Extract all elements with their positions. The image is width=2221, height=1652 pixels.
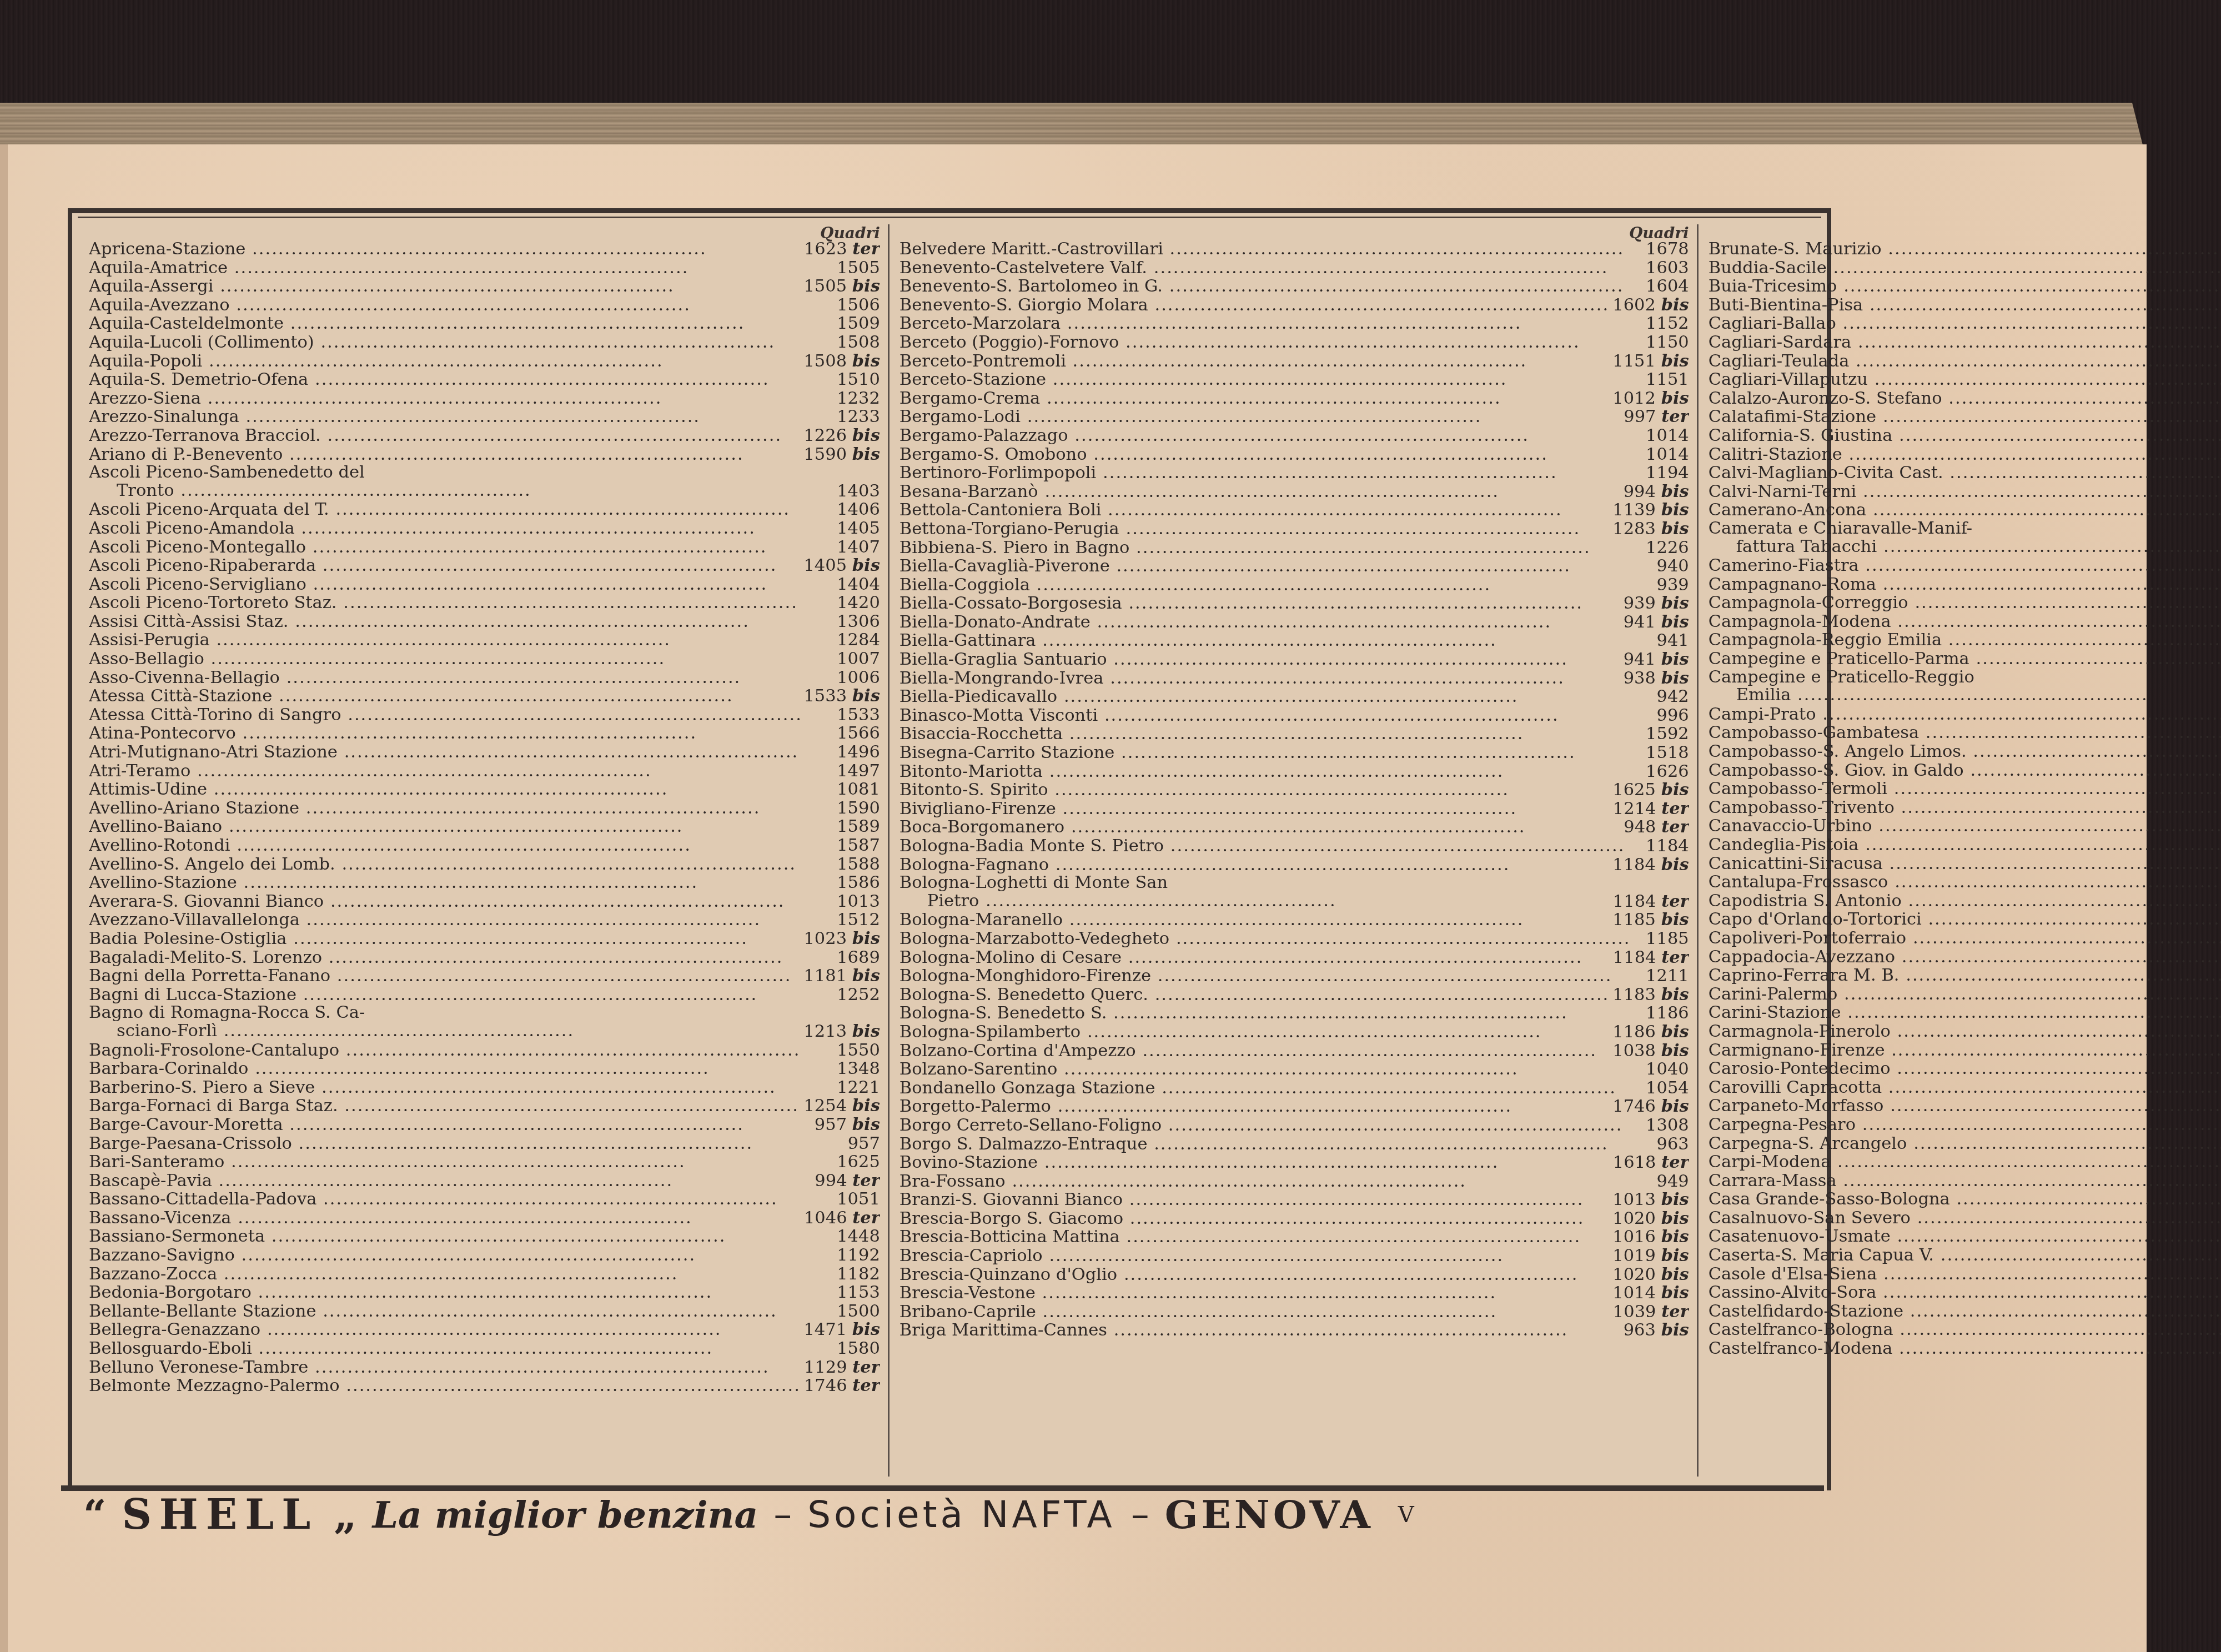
route-name: Berceto-Marzolara xyxy=(900,315,1522,333)
route-name-continued: Tronto xyxy=(117,482,531,501)
route-name: Campobasso-S. Angelo Limos. xyxy=(1709,743,2221,761)
index-entry: Bitonto-S. Spirito1625 bis xyxy=(900,781,1689,800)
route-name: Calvi-Magliano-Civita Cast. xyxy=(1709,464,2221,483)
table-number: 1023 bis xyxy=(800,930,880,948)
index-entry: Calvi-Magliano-Civita Cast.1302 bis xyxy=(1709,464,2221,483)
route-name: Cagliari-Villaputzu xyxy=(1709,371,2221,389)
table-number: 1014 bis xyxy=(1609,1284,1689,1303)
quadro-number: 1506 xyxy=(837,296,880,315)
table-number: 938 bis xyxy=(1620,669,1689,688)
table-number: 1153 xyxy=(833,1283,880,1302)
brand-name: SHELL xyxy=(122,1491,318,1539)
index-entry: Capo d'Orlando-Tortorici1717 xyxy=(1709,910,2221,929)
quadro-number: 1151 xyxy=(1646,370,1689,389)
index-entry: Campobasso-Termoli1538 xyxy=(1709,780,2221,799)
index-entry: Bedonia-Borgotaro1153 xyxy=(89,1283,880,1302)
quadro-suffix: ter xyxy=(852,1172,880,1191)
quadro-suffix: bis xyxy=(1661,483,1689,501)
route-name: Arezzo-Sinalunga xyxy=(89,408,700,426)
route-name: Carmagnola-Pinerolo xyxy=(1709,1023,2221,1041)
route-name: Caprino-Ferrara M. B. xyxy=(1709,967,2221,985)
quadro-suffix: ter xyxy=(1661,818,1689,837)
route-name: Bolzano-Cortina d'Ampezzo xyxy=(900,1042,1597,1061)
quadro-number: 1038 xyxy=(1612,1042,1656,1061)
index-entry: Bergamo-Palazzago1014 xyxy=(900,426,1689,445)
route-name: Bologna-S. Benedetto Querc. xyxy=(900,986,1609,1005)
route-name-continued: fattura Tabacchi xyxy=(1736,538,2221,557)
index-entry: Camerino-Fiastra1353 bis xyxy=(1709,556,2221,575)
index-entry: Ascoli Piceno-Servigliano1404 xyxy=(89,575,880,594)
quadro-suffix: bis xyxy=(1661,1266,1689,1284)
quadro-number: 957 xyxy=(848,1134,880,1153)
route-name: Carmignano-Firenze xyxy=(1709,1042,2221,1060)
index-entry: Avellino-S. Angelo dei Lomb.1588 xyxy=(89,855,880,874)
index-entry: Cagliari-Ballao1774 xyxy=(1709,314,2221,333)
index-entry: Canavaccio-Urbino1338 xyxy=(1709,817,2221,836)
table-number: 1192 xyxy=(833,1246,880,1265)
quadro-number: 948 xyxy=(1624,818,1656,837)
quadro-number: 1232 xyxy=(837,389,880,408)
route-name: Biella-Cavaglià-Piverone xyxy=(900,558,1571,576)
table-number: 1404 xyxy=(833,575,880,594)
quadro-suffix: bis xyxy=(852,687,880,706)
index-entry: Atina-Pontecorvo1566 xyxy=(89,724,880,743)
table-number: 1038 bis xyxy=(1609,1042,1689,1061)
index-entry: Berceto-Pontremoli1151 bis xyxy=(900,352,1689,371)
route-name: Avellino-Baiano xyxy=(89,818,684,836)
index-entry: Bellegra-Genazzano1471 bis xyxy=(89,1320,880,1339)
quadro-number: 939 xyxy=(1657,576,1689,595)
quadro-number: 1678 xyxy=(1646,240,1689,259)
table-number: 1185 xyxy=(1642,930,1689,948)
route-name: Bologna-Fagnano xyxy=(900,856,1510,875)
quadro-suffix: bis xyxy=(1661,352,1689,371)
quadro-number: 1211 xyxy=(1646,967,1689,986)
index-entry: Bovino-Stazione1618 ter xyxy=(900,1153,1689,1172)
quadro-number: 1129 xyxy=(804,1358,847,1377)
entry-line-2: Emilia1160 xyxy=(1709,686,2221,705)
route-name: Asso-Civenna-Bellagio xyxy=(89,669,741,687)
table-number: 1550 xyxy=(833,1041,880,1060)
table-number: 1184 ter xyxy=(1610,948,1689,967)
route-name: Bologna-Spilamberto xyxy=(900,1023,1542,1042)
quadro-suffix: bis xyxy=(852,1320,880,1339)
route-name: Biella-Coggiola xyxy=(900,576,1491,595)
index-entry: Avellino-Rotondi1587 xyxy=(89,836,880,855)
table-number: 1054 xyxy=(1642,1079,1689,1098)
index-entry: Biella-Mongrando-Ivrea938 bis xyxy=(900,669,1689,688)
route-name: Atri-Mutignano-Atri Stazione xyxy=(89,744,798,762)
route-name: Calitri-Stazione xyxy=(1709,446,2221,464)
table-number: 1589 xyxy=(833,817,880,836)
route-name: Avellino-Stazione xyxy=(89,874,698,892)
table-number: 1007 xyxy=(833,650,880,669)
route-name: Campagnola-Reggio Emilia xyxy=(1709,631,2221,650)
route-name: Bassiano-Sermoneta xyxy=(89,1228,726,1246)
table-number: 1566 xyxy=(833,724,880,743)
route-name: Apricena-Stazione xyxy=(89,240,707,259)
index-entry: Carovilli Capracotta1547 xyxy=(1709,1078,2221,1097)
route-name: Bellante-Bellante Stazione xyxy=(89,1303,777,1321)
quadro-number: 1013 xyxy=(837,892,880,911)
route-name: Campagnola-Correggio xyxy=(1709,594,2221,612)
quadro-number: 1182 xyxy=(837,1265,880,1284)
table-number: 1221 xyxy=(833,1078,880,1097)
quadro-number: 1153 xyxy=(837,1283,880,1302)
quadro-number: 1181 xyxy=(803,967,847,986)
route-name: Besana-Barzanò xyxy=(900,483,1499,501)
quadro-suffix: bis xyxy=(852,277,880,296)
page-number: V xyxy=(1398,1502,1414,1528)
route-name: Berceto (Poggio)-Fornovo xyxy=(900,334,1580,352)
table-number: 1626 xyxy=(1642,762,1689,781)
route-name: Brescia-Capriolo xyxy=(900,1247,1504,1266)
table-number: 1602 bis xyxy=(1609,296,1689,315)
index-entry: Campobasso-Gambatesa1541 xyxy=(1709,724,2221,742)
quadro-number: 1226 xyxy=(1646,539,1689,558)
table-number: 1420 xyxy=(833,594,880,612)
table-number: 1603 xyxy=(1642,259,1689,278)
page-binding-edge xyxy=(0,144,8,1652)
quadro-number: 1603 xyxy=(1646,259,1689,278)
entry-line-1: Camerata e Chiaravalle-Manif- xyxy=(1709,520,2221,538)
entry-list: Apricena-Stazione1623 terAquila-Amatrice… xyxy=(89,240,880,1395)
quadro-number: 1512 xyxy=(837,911,880,930)
quadro-number: 941 xyxy=(1624,650,1656,669)
route-name: Campobasso-S. Giov. in Galdo xyxy=(1709,762,2221,780)
index-entry: Buddia-Sacile1066 bis xyxy=(1709,259,2221,278)
route-name: Atri-Teramo xyxy=(89,762,652,781)
table-number: 1625 xyxy=(833,1153,880,1172)
index-entry: Biella-Piedicavallo942 xyxy=(900,687,1689,706)
route-name: Camerano-Ancona xyxy=(1709,501,2221,520)
quadro-number: 1505 xyxy=(803,277,847,296)
index-entry: Bergamo-Crema1012 bis xyxy=(900,389,1689,408)
table-number: 939 bis xyxy=(1620,594,1689,613)
route-name: Bologna-Monghidoro-Firenze xyxy=(900,967,1612,986)
quadro-number: 941 xyxy=(1657,631,1689,650)
quadro-number: 1016 xyxy=(1612,1228,1656,1247)
close-quote: „ xyxy=(334,1491,356,1538)
table-number: 1406 xyxy=(833,500,880,519)
quadro-number: 1014 xyxy=(1646,426,1689,445)
table-number: 1213 bis xyxy=(800,1022,880,1041)
quadro-number: 1590 xyxy=(803,445,847,464)
table-number: 949 xyxy=(1654,1172,1689,1191)
quadro-suffix: ter xyxy=(1661,948,1689,967)
route-name: Carini-Stazione xyxy=(1709,1004,2221,1022)
quadro-number: 1348 xyxy=(837,1060,880,1078)
route-name: Branzi-S. Giovanni Bianco xyxy=(900,1191,1584,1209)
index-entry: Attimis-Udine1081 xyxy=(89,780,880,799)
table-number: 1471 bis xyxy=(800,1320,880,1339)
index-entry: Carini-Stazione1753 xyxy=(1709,1003,2221,1022)
quadro-number: 1006 xyxy=(837,669,880,687)
quadro-number: 1019 xyxy=(1612,1247,1656,1266)
quadro-number: 1625 xyxy=(1612,781,1656,800)
route-name: Aquila-S. Demetrio-Ofena xyxy=(89,371,770,389)
route-name: Bitonto-S. Spirito xyxy=(900,781,1509,800)
index-entry: Camerata e Chiaravalle-Manif-fattura Tab… xyxy=(1709,520,2221,556)
table-number: 1013 bis xyxy=(1609,1191,1689,1209)
table-number: 1006 xyxy=(833,669,880,687)
quadro-suffix: bis xyxy=(1661,1097,1689,1116)
table-number: 1405 bis xyxy=(800,556,880,575)
table-number: 1233 xyxy=(833,408,880,426)
index-entry: Carpegna-Pesaro1341 xyxy=(1709,1116,2221,1134)
index-entry: Assisi Città-Assisi Staz.1306 xyxy=(89,612,880,631)
entry-line-1: Campegine e Praticello-Reggio xyxy=(1709,669,2221,687)
quadro-number: 1139 xyxy=(1612,501,1656,520)
route-name: Barge-Cavour-Moretta xyxy=(89,1116,744,1134)
table-number: 1587 xyxy=(833,836,880,855)
table-number: 1623 ter xyxy=(801,240,880,259)
index-entry: Aquila-S. Demetrio-Ofena1510 xyxy=(89,370,880,389)
quadro-number: 1509 xyxy=(837,314,880,333)
index-entry: Briga Marittima-Cannes963 bis xyxy=(900,1321,1689,1340)
route-name: Benevento-S. Bartolomeo in G. xyxy=(900,278,1624,296)
table-number: 941 bis xyxy=(1620,613,1689,632)
quadro-number: 1746 xyxy=(1612,1097,1656,1116)
index-entry: Calitri-Stazione1594 xyxy=(1709,445,2221,464)
route-name: Ascoli Piceno-Sambenedetto del xyxy=(89,464,365,482)
index-entry: Averara-S. Giovanni Bianco1013 xyxy=(89,892,880,911)
quadro-number: 1508 xyxy=(803,352,847,371)
quadro-suffix: bis xyxy=(852,556,880,575)
route-name-continued: sciano-Forlì xyxy=(117,1022,574,1041)
index-entry: Casole d'Elsa-Siena1237 xyxy=(1709,1265,2221,1284)
index-entry: Barga-Fornaci di Barga Staz.1254 bis xyxy=(89,1097,880,1116)
index-entry: Arezzo-Siena1232 xyxy=(89,389,880,408)
quadro-number: 1185 xyxy=(1612,911,1656,930)
index-entry: Belluno Veronese-Tambre1129 ter xyxy=(89,1358,880,1377)
route-name: Ariano di P.-Benevento xyxy=(89,446,744,464)
route-name: Bologna-Marzabotto-Vedegheto xyxy=(900,930,1631,948)
route-name: Bibbiena-S. Piero in Bagno xyxy=(900,539,1591,558)
route-name: Avellino-Ariano Stazione xyxy=(89,800,760,818)
route-name: Carovilli Capracotta xyxy=(1709,1079,2221,1097)
index-entry: Carrara-Massa1241 xyxy=(1709,1172,2221,1191)
table-number: 1533 bis xyxy=(800,687,880,706)
index-entry: Campegine e Praticello-ReggioEmilia1160 xyxy=(1709,669,2221,705)
quadro-number: 1081 xyxy=(837,780,880,799)
index-entry: Carpegna-S. Arcangelo1334 xyxy=(1709,1134,2221,1153)
route-name: Bovino-Stazione xyxy=(900,1154,1499,1172)
index-entry: Avezzano-Villavallelonga1512 xyxy=(89,911,880,930)
table-number: 1184 bis xyxy=(1609,856,1689,875)
index-entry: Avellino-Ariano Stazione1590 xyxy=(89,799,880,818)
route-name: Campegine e Praticello-Parma xyxy=(1709,650,2221,669)
route-name: Castelfranco-Bologna xyxy=(1709,1321,2221,1339)
index-entry: Bascapè-Pavia994 ter xyxy=(89,1172,880,1191)
quadro-number: 1566 xyxy=(837,724,880,743)
quadro-number: 1448 xyxy=(837,1227,880,1246)
index-entry: Campagnola-Correggio1168 bis xyxy=(1709,594,2221,612)
route-name: Averara-S. Giovanni Bianco xyxy=(89,893,785,911)
quadro-suffix: bis xyxy=(852,1116,880,1134)
route-name: Bra-Fossano xyxy=(900,1173,1466,1191)
table-number: 1182 xyxy=(833,1265,880,1284)
quadro-number: 1508 xyxy=(837,333,880,352)
index-entry: Carpi-Modena1169 xyxy=(1709,1153,2221,1172)
route-name: Bagnoli-Frosolone-Cantalupo xyxy=(89,1042,800,1060)
quadro-number: 1420 xyxy=(837,594,880,612)
quadro-number: 1184 xyxy=(1613,892,1656,911)
route-name: Borgetto-Palermo xyxy=(900,1098,1512,1116)
route-name: Carpi-Modena xyxy=(1709,1153,2221,1172)
index-entry: Badia Polesine-Ostiglia1023 bis xyxy=(89,930,880,948)
index-entry: Biella-Graglia Santuario941 bis xyxy=(900,650,1689,669)
route-name: Bettona-Torgiano-Perugia xyxy=(900,520,1580,539)
route-name: Carpegna-Pesaro xyxy=(1709,1116,2221,1134)
index-entry: Carmignano-Firenze1197 bis xyxy=(1709,1041,2221,1060)
quadro-number: 949 xyxy=(1657,1172,1689,1191)
quadro-suffix: bis xyxy=(1661,389,1689,408)
route-name: Campi-Prato xyxy=(1709,706,2221,724)
route-name: Cantalupa-Frossasco xyxy=(1709,873,2221,892)
index-entry: Bologna-Monghidoro-Firenze1211 xyxy=(900,967,1689,986)
index-entry: Bitonto-Mariotta1626 xyxy=(900,762,1689,781)
quadro-suffix: bis xyxy=(1661,1209,1689,1228)
route-name: Bologna-Maranello xyxy=(900,911,1524,930)
index-entry: Bolzano-Cortina d'Ampezzo1038 bis xyxy=(900,1042,1689,1061)
route-name: Ascoli Piceno-Montegallo xyxy=(89,539,767,557)
table-number: 963 xyxy=(1654,1135,1689,1154)
route-name: Casole d'Elsa-Siena xyxy=(1709,1266,2221,1284)
quadro-number: 941 xyxy=(1624,613,1656,632)
quadro-number: 1405 xyxy=(803,556,847,575)
table-number: 941 xyxy=(1654,631,1689,650)
route-name: Avellino-S. Angelo dei Lomb. xyxy=(89,856,796,874)
index-entry: Bolzano-Sarentino1040 xyxy=(900,1060,1689,1079)
index-entry: Campagnano-Roma1435 bis xyxy=(1709,575,2221,594)
index-entry: Camerano-Ancona1354 xyxy=(1709,501,2221,520)
route-name: Bagno di Romagna-Rocca S. Ca- xyxy=(89,1004,365,1022)
route-name: Campobasso-Trivento xyxy=(1709,799,2221,817)
index-entry: Ascoli Piceno-Ripaberarda1405 bis xyxy=(89,556,880,575)
route-name: Calvi-Narni-Terni xyxy=(1709,483,2221,501)
index-entry: Ascoli Piceno-Arquata del T.1406 xyxy=(89,500,880,519)
table-number: 1590 bis xyxy=(800,445,880,464)
index-entry: Cagliari-Teulada1777 xyxy=(1709,352,2221,371)
quadro-number: 1505 xyxy=(837,259,880,278)
route-name: Bari-Santeramo xyxy=(89,1153,686,1172)
index-entry: Biella-Cavaglià-Piverone940 xyxy=(900,557,1689,576)
index-entry: Bologna-Loghetti di Monte SanPietro1184 … xyxy=(900,874,1689,911)
route-name: Berceto-Pontremoli xyxy=(900,353,1527,371)
index-entry: Branzi-S. Giovanni Bianco1013 bis xyxy=(900,1191,1689,1209)
table-number: 1151 xyxy=(1642,370,1689,389)
index-entry: Aquila-Assergi1505 bis xyxy=(89,277,880,296)
route-name: Carpegna-S. Arcangelo xyxy=(1709,1135,2221,1153)
company-name: Società NAFTA xyxy=(807,1493,1115,1536)
index-column-2: Quadri Belvedere Maritt.-Castrovillari16… xyxy=(890,224,1699,1477)
index-entry: Castelfidardo-Stazione1366 xyxy=(1709,1302,2221,1321)
index-entry: Bologna-Maranello1185 bis xyxy=(900,911,1689,930)
index-entry: Campobasso-Trivento1542 xyxy=(1709,799,2221,817)
index-entry: Biella-Coggiola939 xyxy=(900,576,1689,595)
table-number: 1508 bis xyxy=(800,352,880,371)
index-entry: Campegine e Praticello-Parma1159 xyxy=(1709,650,2221,669)
table-number: 1014 xyxy=(1642,445,1689,464)
index-entry: Boca-Borgomanero948 ter xyxy=(900,818,1689,837)
index-entry: Avellino-Baiano1589 xyxy=(89,817,880,836)
route-name: Cagliari-Ballao xyxy=(1709,315,2221,333)
index-entry: Ascoli Piceno-Amandola1405 xyxy=(89,519,880,538)
index-entry: Buia-Tricesimo1096 xyxy=(1709,277,2221,296)
index-entry: Besana-Barzanò994 bis xyxy=(900,483,1689,501)
index-entry: Bologna-Spilamberto1186 bis xyxy=(900,1023,1689,1042)
table-number: 957 xyxy=(845,1134,880,1153)
quadro-suffix: bis xyxy=(1661,1284,1689,1303)
index-entry: Caprino-Ferrara M. B.1129 bis xyxy=(1709,966,2221,985)
index-entry: Borgetto-Palermo1746 bis xyxy=(900,1097,1689,1116)
route-name: Bologna-S. Benedetto S. xyxy=(900,1005,1568,1023)
index-entry: Bologna-Marzabotto-Vedegheto1185 xyxy=(900,930,1689,948)
quadro-number: 1510 xyxy=(837,370,880,389)
route-name: Carpaneto-Morfasso xyxy=(1709,1097,2221,1116)
quadro-number: 1214 xyxy=(1613,800,1656,819)
quadro-number: 1471 xyxy=(803,1320,847,1339)
quadro-suffix: ter xyxy=(1661,800,1689,819)
table-number: 1592 xyxy=(1642,725,1689,744)
table-number: 1604 xyxy=(1642,277,1689,296)
quadro-number: 1183 xyxy=(1612,986,1656,1005)
company-city: GENOVA xyxy=(1165,1492,1374,1538)
index-entry: Bassiano-Sermoneta1448 xyxy=(89,1227,880,1246)
quadro-number: 957 xyxy=(815,1116,847,1134)
quadro-number: 1586 xyxy=(837,873,880,892)
route-name: Cappadocia-Avezzano xyxy=(1709,948,2221,967)
table-number: 1512 xyxy=(833,911,880,930)
route-name: Attimis-Udine xyxy=(89,781,668,799)
quadro-number: 1283 xyxy=(1612,520,1656,539)
index-entry: Barberino-S. Piero a Sieve1221 xyxy=(89,1078,880,1097)
index-entry: Buti-Bientina-Pisa1247 xyxy=(1709,296,2221,315)
table-number: 1407 xyxy=(833,538,880,557)
quadro-number: 1626 xyxy=(1646,762,1689,781)
table-number: 1505 bis xyxy=(800,277,880,296)
table-number: 1284 xyxy=(833,631,880,650)
quadro-number: 1185 xyxy=(1646,930,1689,948)
quadro-number: 1550 xyxy=(837,1041,880,1060)
quadro-number: 938 xyxy=(1624,669,1656,688)
table-number: 1618 ter xyxy=(1610,1153,1689,1172)
route-name: Ascoli Piceno-Tortoreto Staz. xyxy=(89,594,798,612)
table-number: 1020 bis xyxy=(1609,1209,1689,1228)
route-name: Brescia-Borgo S. Giacomo xyxy=(900,1210,1585,1228)
quadro-number: 1252 xyxy=(837,986,880,1005)
route-name: Bologna-Molino di Cesare xyxy=(900,949,1583,967)
index-entry: Cantalupa-Frossasco916 bis xyxy=(1709,873,2221,892)
quadro-number: 1186 xyxy=(1612,1023,1656,1042)
entry-list: Belvedere Maritt.-Castrovillari1678 Bene… xyxy=(900,240,1689,1340)
table-number: 1746 ter xyxy=(801,1377,880,1395)
route-name: Benevento-S. Giorgio Molara xyxy=(900,297,1609,315)
index-entry: Bivigliano-Firenze1214 ter xyxy=(900,800,1689,819)
index-entry: Atessa Città-Stazione1533 bis xyxy=(89,687,880,706)
index-entry: Carini-Palermo1750 bis xyxy=(1709,985,2221,1004)
index-entry: Cassino-Alvito-Sora1562 xyxy=(1709,1283,2221,1302)
quadro-number: 1226 xyxy=(803,426,847,445)
quadro-number: 939 xyxy=(1624,594,1656,613)
table-number: 1232 xyxy=(833,389,880,408)
quadro-number: 996 xyxy=(1657,706,1689,725)
quadro-number: 1184 xyxy=(1613,948,1656,967)
index-entry: Assisi-Perugia1284 xyxy=(89,631,880,650)
index-entry: Berceto-Stazione1151 xyxy=(900,370,1689,389)
index-entry: Bassano-Vicenza1046 ter xyxy=(89,1209,880,1228)
